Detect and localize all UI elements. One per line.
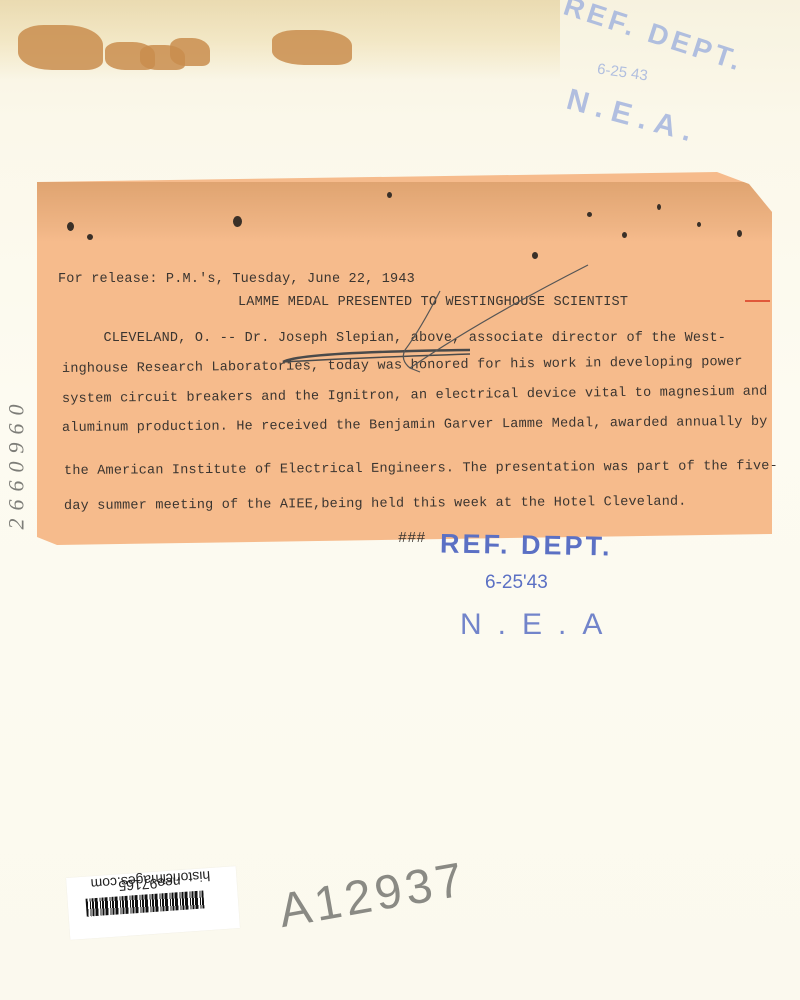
- glue-stain: [272, 30, 352, 65]
- speck: [87, 234, 93, 240]
- stamp-date: 6-25'43: [485, 572, 548, 594]
- barcode-icon: [86, 890, 205, 916]
- stamp-org: N.E.A: [460, 608, 618, 642]
- speck: [233, 216, 242, 227]
- speck: [587, 212, 592, 217]
- red-margin-mark: [745, 300, 770, 302]
- body-line: CLEVELAND, O. -- Dr. Joseph Slepian, abo…: [62, 331, 726, 346]
- stamp-ref-dept: REF. DEPT.: [440, 528, 613, 562]
- clipping-stain: [37, 182, 772, 242]
- barcode-label: nee97165 historicimages.com: [66, 866, 240, 940]
- speck: [387, 192, 392, 198]
- speck: [697, 222, 701, 227]
- speck: [657, 204, 661, 210]
- headline: LAMME MEDAL PRESENTED TO WESTINGHOUSE SC…: [238, 295, 628, 310]
- speck: [622, 232, 627, 238]
- glue-stain: [170, 38, 210, 66]
- release-date-line: For release: P.M.'s, Tuesday, June 22, 1…: [58, 272, 415, 287]
- speck: [737, 230, 742, 237]
- margin-handwritten-number: 2660960: [4, 397, 30, 530]
- speck: [532, 252, 538, 259]
- end-mark: ###: [398, 530, 426, 547]
- glue-stain: [18, 25, 103, 70]
- speck: [67, 222, 74, 231]
